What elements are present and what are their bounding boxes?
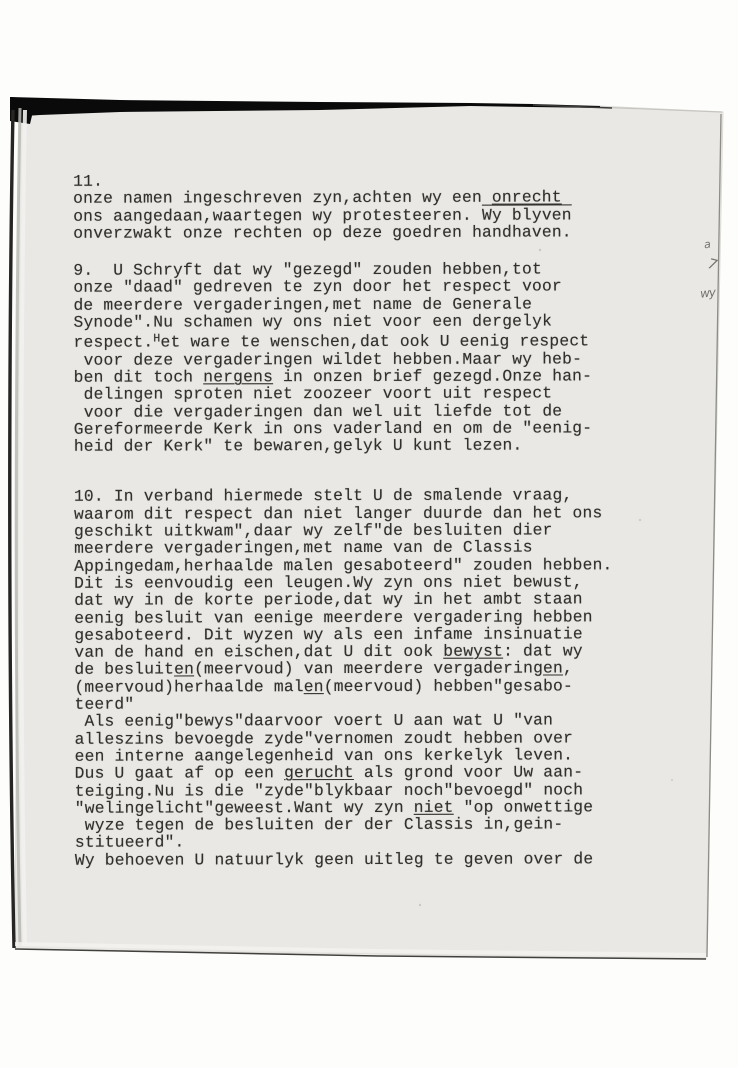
paragraph: 10. In verband hiermede stelt U de smale… [74,487,635,869]
paragraph: 9. U Schryft dat wy "gezegd" zouden hebb… [73,260,634,455]
text-line: geschikt uitkwam",daar wy zelf"de beslui… [74,521,634,540]
text-line: Gereformeerde Kerk in ons vaderland en o… [74,419,634,438]
text-line: onze "daad" gedreven te zyn door het res… [73,278,633,297]
text-line: Wy behoeven U natuurlyk geen uitleg te g… [75,850,635,869]
typewritten-text: 11. onze namen ingeschreven zyn,achten w… [73,171,635,868]
scanned-document: 11. onze namen ingeschreven zyn,achten w… [0,0,738,1068]
text-line: wyze tegen de besluiten der der Classis … [75,815,635,834]
text-line: heid der Kerk" te bewaren,gelyk U kunt l… [74,436,634,455]
left-page-edge [10,110,14,948]
margin-annotation: a [703,238,711,252]
paragraph: onze namen ingeschreven zyn,achten wy ee… [73,189,633,242]
paragraphs: onze namen ingeschreven zyn,achten wy ee… [73,189,635,869]
text-line: onverzwakt onze rechten op deze goedren … [73,223,633,242]
margin-annotation: wy [699,285,715,300]
text-line: (meervoud)herhaalde malen(meervoud) hebb… [74,677,634,696]
text-line: respect.Het ware te wenschen,dat ook U e… [74,330,634,352]
text-line: Synode".Nu schamen wy ons niet voor een … [73,312,633,331]
